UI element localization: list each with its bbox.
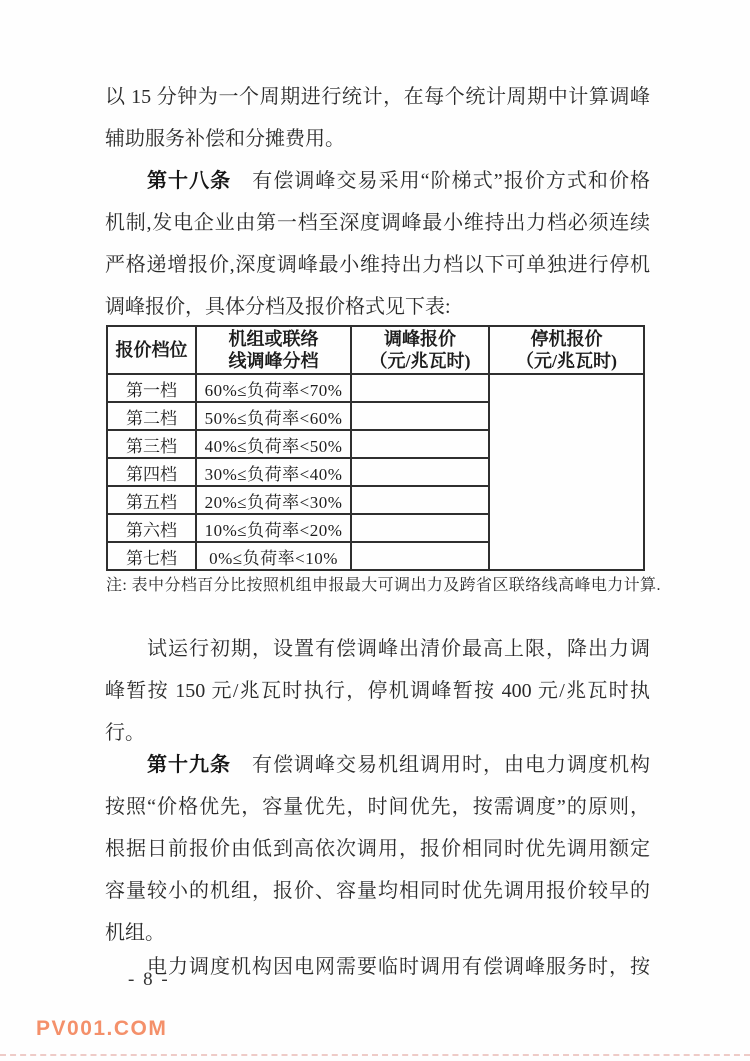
line-text: 按照“价格优先，容量优先，时间优先，按需调度”的原则， — [105, 796, 650, 818]
tier-cell: 第一档 — [107, 374, 196, 402]
paragraph-line: 调峰报价，具体分档及报价格式见下表: — [105, 286, 650, 328]
header-shutdown-quote: 停机报价（元/兆瓦时) — [489, 326, 644, 374]
line-text: 机制,发电企业由第一档至深度调峰最小维持出力档必须连续 — [105, 212, 650, 234]
paragraph-line: 峰暂按 150 元/兆瓦时执行，停机调峰暂按 400 元/兆瓦时执 — [105, 670, 650, 712]
article-number: 第十八条 — [147, 170, 231, 192]
line-text: 容量较小的机组，报价、容量均相同时优先调用报价较早的 — [105, 880, 650, 902]
header-line: （元/兆瓦时) — [490, 350, 643, 373]
peak-quote-cell-empty — [351, 514, 489, 542]
document-page: 以 15 分钟为一个周期进行统计，在每个统计周期中计算调峰 辅助服务补偿和分摊费… — [0, 0, 750, 1061]
line-text: 电力调度机构因电网需要临时调用有偿调峰服务时，按 — [147, 956, 650, 978]
paragraph-line: 容量较小的机组，报价、容量均相同时优先调用报价较早的 — [105, 870, 650, 912]
paragraph-line: 试运行初期，设置有偿调峰出清价最高上限，降出力调 — [105, 628, 650, 670]
header-line: 调峰报价 — [352, 328, 488, 351]
shutdown-quote-cell-merged-empty — [489, 374, 644, 570]
peak-quote-cell-empty — [351, 458, 489, 486]
paragraph-line: 电力调度机构因电网需要临时调用有偿调峰服务时，按 — [105, 946, 650, 988]
table-note: 注: 表中分档百分比按照机组申报最大可调出力及跨省区联络线高峰电力计算. — [106, 572, 651, 595]
paragraph-line: 严格递增报价,深度调峰最小维持出力档以下可单独进行停机 — [105, 244, 650, 286]
line-text: 严格递增报价,深度调峰最小维持出力档以下可单独进行停机 — [105, 254, 650, 276]
header-line: 机组或联络 — [197, 328, 350, 351]
paragraph-block-trial: 试运行初期，设置有偿调峰出清价最高上限，降出力调 峰暂按 150 元/兆瓦时执行… — [105, 628, 650, 754]
paragraph-block-last: 电力调度机构因电网需要临时调用有偿调峰服务时，按 — [105, 946, 650, 988]
tier-cell: 第二档 — [107, 402, 196, 430]
range-cell: 60%≤负荷率<70% — [196, 374, 351, 402]
range-cell: 40%≤负荷率<50% — [196, 430, 351, 458]
page-number: - 8 - — [128, 969, 170, 991]
line-text: 行。 — [105, 722, 145, 744]
range-cell: 50%≤负荷率<60% — [196, 402, 351, 430]
line-text: 根据日前报价由低到高依次调用，报价相同时优先调用额定 — [105, 838, 650, 860]
paragraph-line: 根据日前报价由低到高依次调用，报价相同时优先调用额定 — [105, 828, 650, 870]
article-number: 第十九条 — [147, 754, 231, 776]
paragraph-line: 辅助服务补偿和分摊费用。 — [105, 118, 650, 160]
header-line: （元/兆瓦时) — [352, 350, 488, 373]
header-quote-tier: 报价档位 — [107, 326, 196, 374]
paragraph-line: 以 15 分钟为一个周期进行统计，在每个统计周期中计算调峰 — [105, 76, 650, 118]
tier-cell: 第三档 — [107, 430, 196, 458]
paragraph-line: 机制,发电企业由第一档至深度调峰最小维持出力档必须连续 — [105, 202, 650, 244]
line-text: 有偿调峰交易采用“阶梯式”报价方式和价格 — [231, 170, 650, 192]
line-text: 试运行初期，设置有偿调峰出清价最高上限，降出力调 — [147, 638, 650, 660]
peak-quote-cell-empty — [351, 374, 489, 402]
paragraph-line: 第十九条 有偿调峰交易机组调用时，由电力调度机构 — [105, 744, 650, 786]
scan-edge-artifact — [0, 1054, 750, 1056]
line-text: 调峰报价，具体分档及报价格式见下表: — [105, 296, 451, 318]
header-unit-tie-tier: 机组或联络线调峰分档 — [196, 326, 351, 374]
tier-cell: 第六档 — [107, 514, 196, 542]
header-peak-quote: 调峰报价（元/兆瓦时) — [351, 326, 489, 374]
tier-cell: 第四档 — [107, 458, 196, 486]
header-line: 线调峰分档 — [197, 350, 350, 373]
header-line: 报价档位 — [108, 339, 195, 362]
range-cell: 30%≤负荷率<40% — [196, 458, 351, 486]
line-text: 峰暂按 150 元/兆瓦时执行，停机调峰暂按 400 元/兆瓦时执 — [105, 680, 650, 702]
table-header-row: 报价档位 机组或联络线调峰分档 调峰报价（元/兆瓦时) 停机报价（元/兆瓦时) — [107, 326, 644, 374]
peak-quote-cell-empty — [351, 402, 489, 430]
range-cell: 10%≤负荷率<20% — [196, 514, 351, 542]
tier-cell: 第七档 — [107, 542, 196, 570]
quote-tier-table: 报价档位 机组或联络线调峰分档 调峰报价（元/兆瓦时) 停机报价（元/兆瓦时) … — [106, 325, 645, 571]
watermark-text: PV001.COM — [36, 1017, 167, 1041]
peak-quote-cell-empty — [351, 430, 489, 458]
line-text: 辅助服务补偿和分摊费用。 — [105, 128, 345, 150]
line-text: 机组。 — [105, 922, 165, 944]
range-cell: 0%≤负荷率<10% — [196, 542, 351, 570]
peak-quote-cell-empty — [351, 486, 489, 514]
paragraph-line: 按照“价格优先，容量优先，时间优先，按需调度”的原则， — [105, 786, 650, 828]
peak-quote-cell-empty — [351, 542, 489, 570]
line-text: 有偿调峰交易机组调用时，由电力调度机构 — [231, 754, 650, 776]
paragraph-block-article19: 第十九条 有偿调峰交易机组调用时，由电力调度机构 按照“价格优先，容量优先，时间… — [105, 744, 650, 954]
line-text: 以 15 分钟为一个周期进行统计，在每个统计周期中计算调峰 — [105, 86, 650, 108]
tier-cell: 第五档 — [107, 486, 196, 514]
header-line: 停机报价 — [490, 328, 643, 351]
paragraph-block-top: 以 15 分钟为一个周期进行统计，在每个统计周期中计算调峰 辅助服务补偿和分摊费… — [105, 76, 650, 328]
table-row: 第一档 60%≤负荷率<70% — [107, 374, 644, 402]
paragraph-line: 第十八条 有偿调峰交易采用“阶梯式”报价方式和价格 — [105, 160, 650, 202]
range-cell: 20%≤负荷率<30% — [196, 486, 351, 514]
